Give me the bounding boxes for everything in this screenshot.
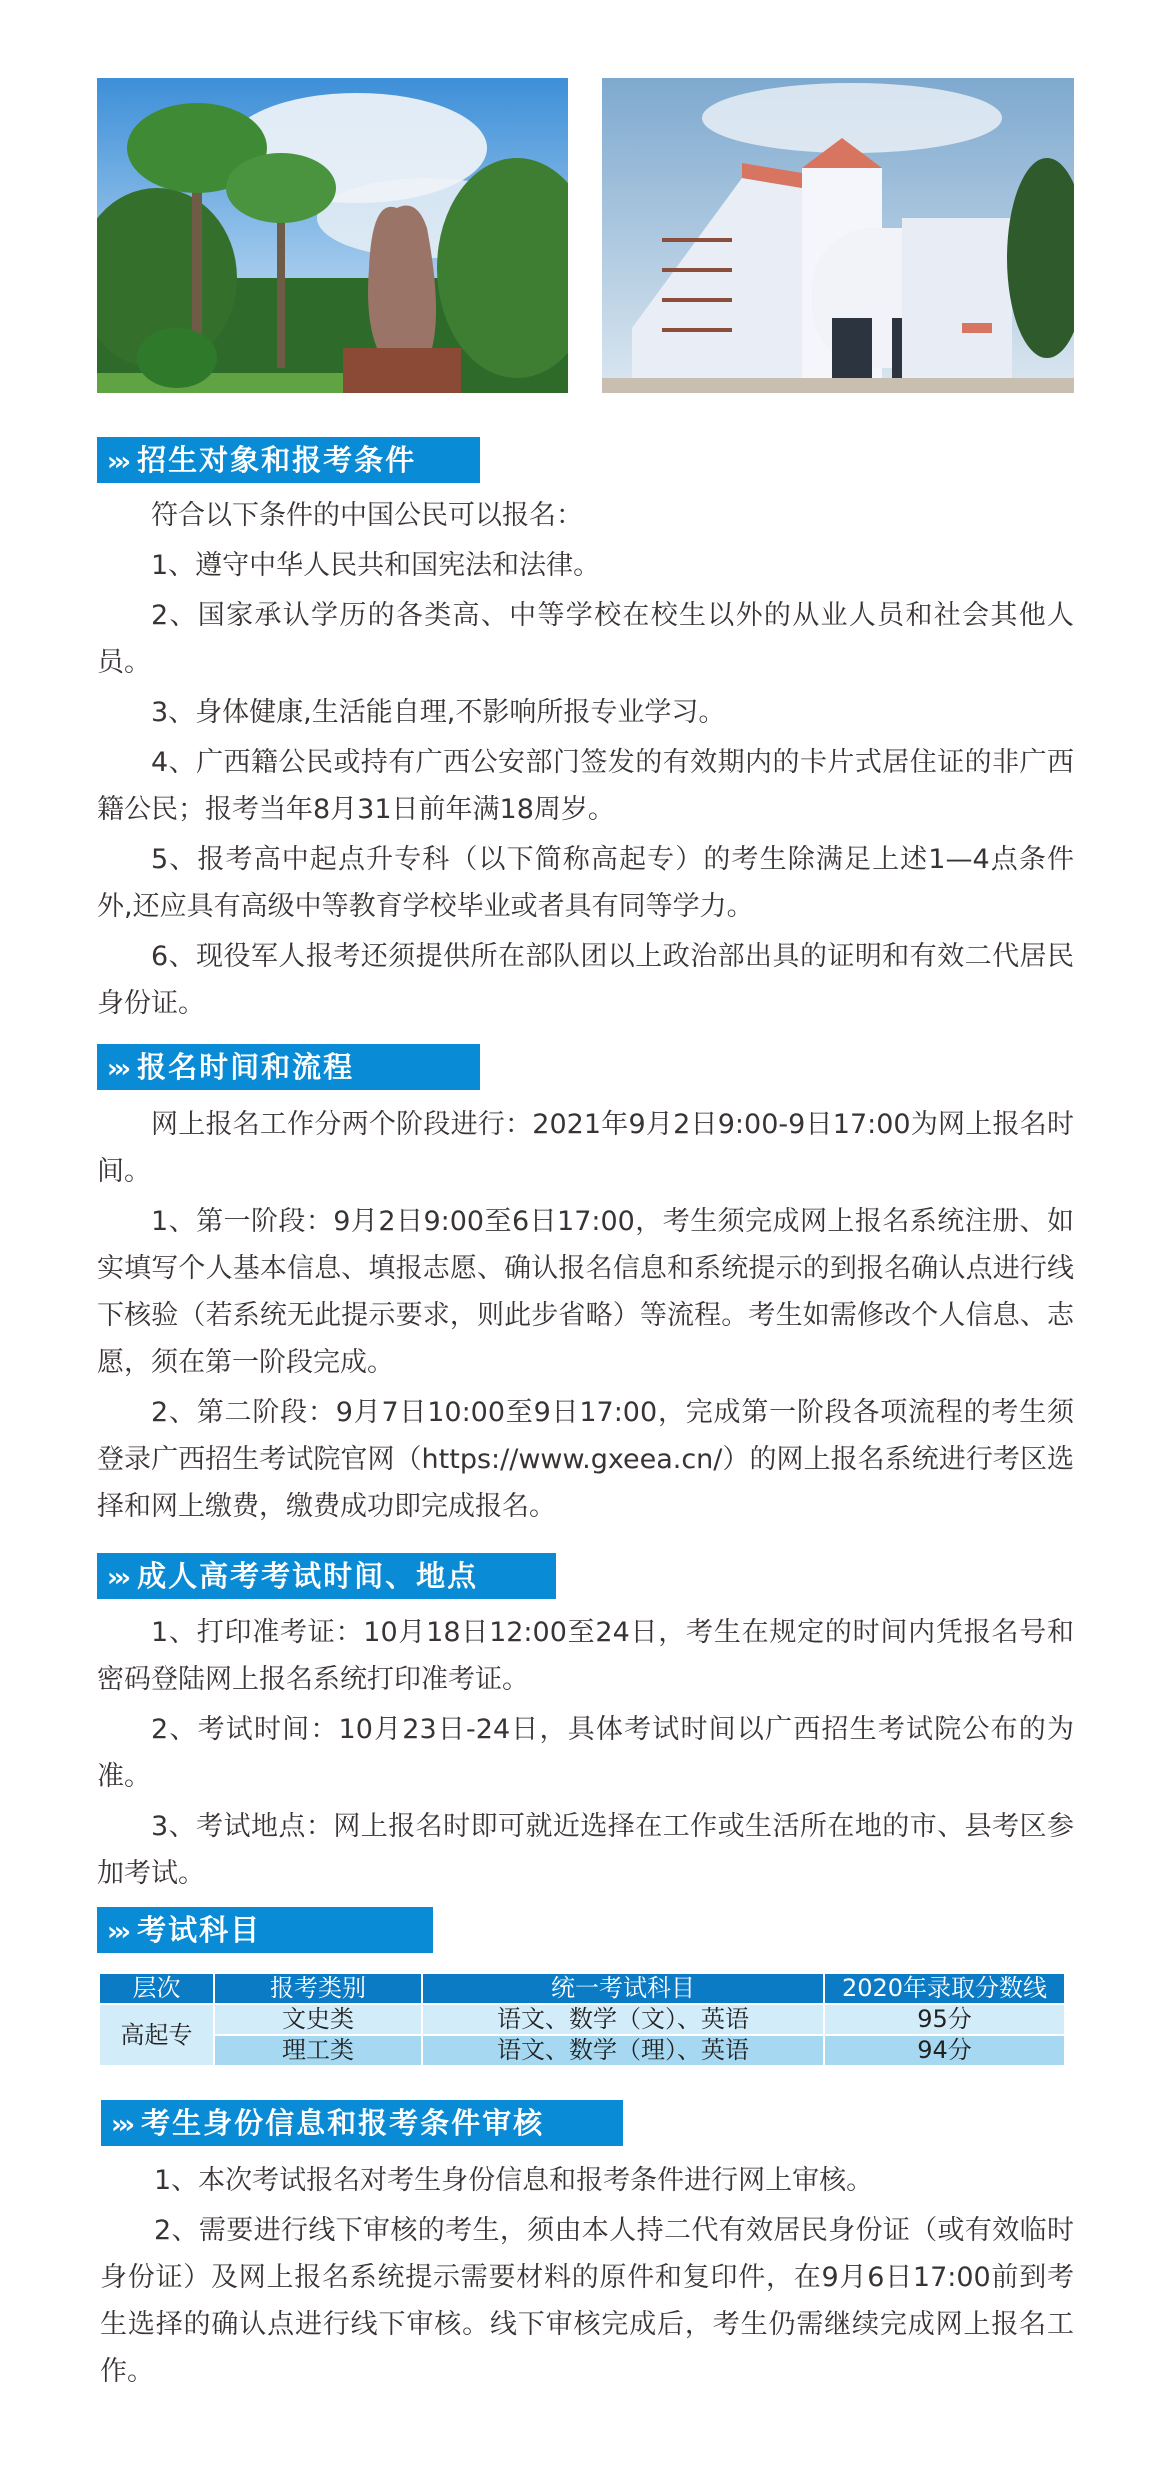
- chevron-right-icon: ›››: [107, 1054, 127, 1084]
- paragraph: 1、遵守中华人民共和国宪法和法律。: [97, 542, 1074, 589]
- section-title: 报名时间和流程: [137, 1050, 354, 1084]
- paragraph: 3、考试地点：网上报名时即可就近选择在工作或生活所在地的市、县考区参加考试。: [97, 1803, 1074, 1897]
- subjects-cell: 语文、数学（理）、英语: [422, 2035, 824, 2066]
- paragraph: 6、现役军人报考还须提供所在部队团以上政治部出具的证明和有效二代居民身份证。: [97, 933, 1074, 1027]
- paragraph: 2、国家承认学历的各类高、中等学校在校生以外的从业人员和社会其他人员。: [97, 592, 1074, 686]
- column-header: 统一考试科目: [422, 1973, 824, 2004]
- section-header-eligibility: ›››招生对象和报考条件: [97, 437, 480, 483]
- paragraph: 1、本次考试报名对考生身份信息和报考条件进行网上审核。: [100, 2157, 1074, 2204]
- category-cell: 文史类: [214, 2004, 422, 2035]
- paragraph: 符合以下条件的中国公民可以报名：: [97, 492, 1074, 539]
- paragraph: 网上报名工作分两个阶段进行：2021年9月2日9:00-9日17:00为网上报名…: [97, 1101, 1074, 1195]
- column-header: 报考类别: [214, 1973, 422, 2004]
- column-header: 层次: [99, 1973, 214, 2004]
- score-cell: 94分: [824, 2035, 1065, 2066]
- paragraph: 3、身体健康,生活能自理,不影响所报专业学习。: [97, 689, 1074, 736]
- campus-building-photo: [602, 78, 1074, 393]
- chevron-right-icon: ›››: [111, 2110, 131, 2140]
- table-header-row: 层次 报考类别 统一考试科目 2020年录取分数线: [99, 1973, 1065, 2004]
- chevron-right-icon: ›››: [107, 447, 127, 477]
- paragraph: 2、需要进行线下审核的考生，须由本人持二代有效居民身份证（或有效临时身份证）及网…: [100, 2207, 1074, 2395]
- level-cell: 高起专: [99, 2004, 214, 2066]
- section-header-exam-subjects: ›››考试科目: [97, 1907, 433, 1953]
- paragraph: 1、打印准考证：10月18日12:00至24日，考生在规定的时间内凭报名号和密码…: [97, 1609, 1074, 1703]
- category-cell: 理工类: [214, 2035, 422, 2066]
- section-body-eligibility: 符合以下条件的中国公民可以报名： 1、遵守中华人民共和国宪法和法律。 2、国家承…: [97, 492, 1074, 1027]
- section-body-exam-time-place: 1、打印准考证：10月18日12:00至24日，考生在规定的时间内凭报名号和密码…: [97, 1609, 1074, 1897]
- section-header-registration: ›››报名时间和流程: [97, 1044, 480, 1090]
- section-header-exam-time-place: ›››成人高考考试时间、地点: [97, 1553, 556, 1599]
- section-body-registration: 网上报名工作分两个阶段进行：2021年9月2日9:00-9日17:00为网上报名…: [97, 1101, 1074, 1530]
- paragraph: 2、考试时间：10月23日-24日，具体考试时间以广西招生考试院公布的为准。: [97, 1706, 1074, 1800]
- subjects-cell: 语文、数学（文）、英语: [422, 2004, 824, 2035]
- paragraph: 4、广西籍公民或持有广西公安部门签发的有效期内的卡片式居住证的非广西籍公民；报考…: [97, 739, 1074, 833]
- section-header-identity-review: ›››考生身份信息和报考条件审核: [101, 2100, 623, 2146]
- table-row: 高起专 文史类 语文、数学（文）、英语 95分: [99, 2004, 1065, 2035]
- table-row: 理工类 语文、数学（理）、英语 94分: [99, 2035, 1065, 2066]
- paragraph: 1、第一阶段：9月2日9:00至6日17:00，考生须完成网上报名系统注册、如实…: [97, 1198, 1074, 1386]
- paragraph: 2、第二阶段：9月7日10:00至9日17:00，完成第一阶段各项流程的考生须登…: [97, 1389, 1074, 1530]
- section-title: 考生身份信息和报考条件审核: [141, 2106, 544, 2140]
- section-body-identity-review: 1、本次考试报名对考生身份信息和报考条件进行网上审核。 2、需要进行线下审核的考…: [100, 2157, 1074, 2395]
- section-title: 招生对象和报考条件: [137, 443, 416, 477]
- column-header: 2020年录取分数线: [824, 1973, 1065, 2004]
- section-title: 考试科目: [137, 1913, 261, 1947]
- paragraph: 5、报考高中起点升专科（以下简称高起专）的考生除满足上述1—4点条件外,还应具有…: [97, 836, 1074, 930]
- campus-stone-monument-photo: [97, 78, 568, 393]
- exam-subjects-table: 层次 报考类别 统一考试科目 2020年录取分数线 高起专 文史类 语文、数学（…: [98, 1972, 1066, 2067]
- chevron-right-icon: ›››: [107, 1563, 127, 1593]
- section-title: 成人高考考试时间、地点: [137, 1559, 478, 1593]
- score-cell: 95分: [824, 2004, 1065, 2035]
- chevron-right-icon: ›››: [107, 1917, 127, 1947]
